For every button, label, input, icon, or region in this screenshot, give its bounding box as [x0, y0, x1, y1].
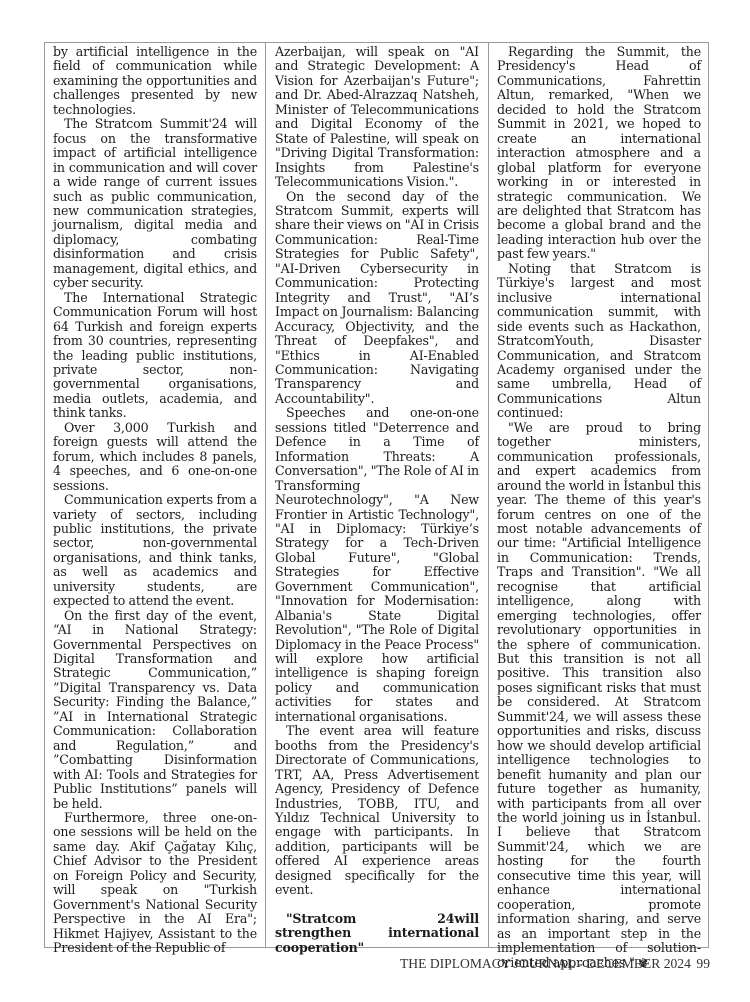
paragraph: Furthermore, three one-on-one sessions w… — [53, 811, 257, 956]
column-divider — [488, 42, 489, 948]
paragraph: Over 3,000 Turkish and foreign guests wi… — [53, 421, 257, 493]
paragraph: The event area will feature booths from … — [275, 724, 479, 897]
page-number: 99 — [696, 956, 710, 972]
paragraph: Regarding the Summit, the Presidency's H… — [497, 45, 701, 262]
page-footer: THE DIPLOMACY JOURNAL - DECEMBER 2024 99 — [400, 956, 710, 972]
article-column-2: Azerbaijan, will speak on "AI and Strate… — [275, 45, 479, 955]
paragraph: Communication experts from a variety of … — [53, 493, 257, 609]
article-column-3: Regarding the Summit, the Presidency's H… — [497, 45, 701, 970]
paragraph: On the first day of the event, “AI in Na… — [53, 609, 257, 811]
paragraph: Speeches and one-on-one sessions titled … — [275, 406, 479, 724]
column-divider — [265, 42, 266, 948]
pull-quote: "Stratcom 24will strengthen internationa… — [275, 912, 479, 955]
paragraph: The Stratcom Summit'24 will focus on the… — [53, 117, 257, 290]
article-column-1: by artificial intelligence in the field … — [53, 45, 257, 956]
paragraph: Noting that Stratcom is Türkiye's larges… — [497, 262, 701, 421]
publication-title: THE DIPLOMACY JOURNAL - DECEMBER 2024 — [400, 956, 691, 971]
paragraph: The International Strategic Communicatio… — [53, 291, 257, 421]
paragraph: On the second day of the Stratcom Summit… — [275, 190, 479, 407]
paragraph: "We are proud to bring together minister… — [497, 421, 701, 970]
paragraph: Azerbaijan, will speak on "AI and Strate… — [275, 45, 479, 190]
paragraph-text: "We are proud to bring together minister… — [497, 420, 701, 970]
paragraph: by artificial intelligence in the field … — [53, 45, 257, 117]
